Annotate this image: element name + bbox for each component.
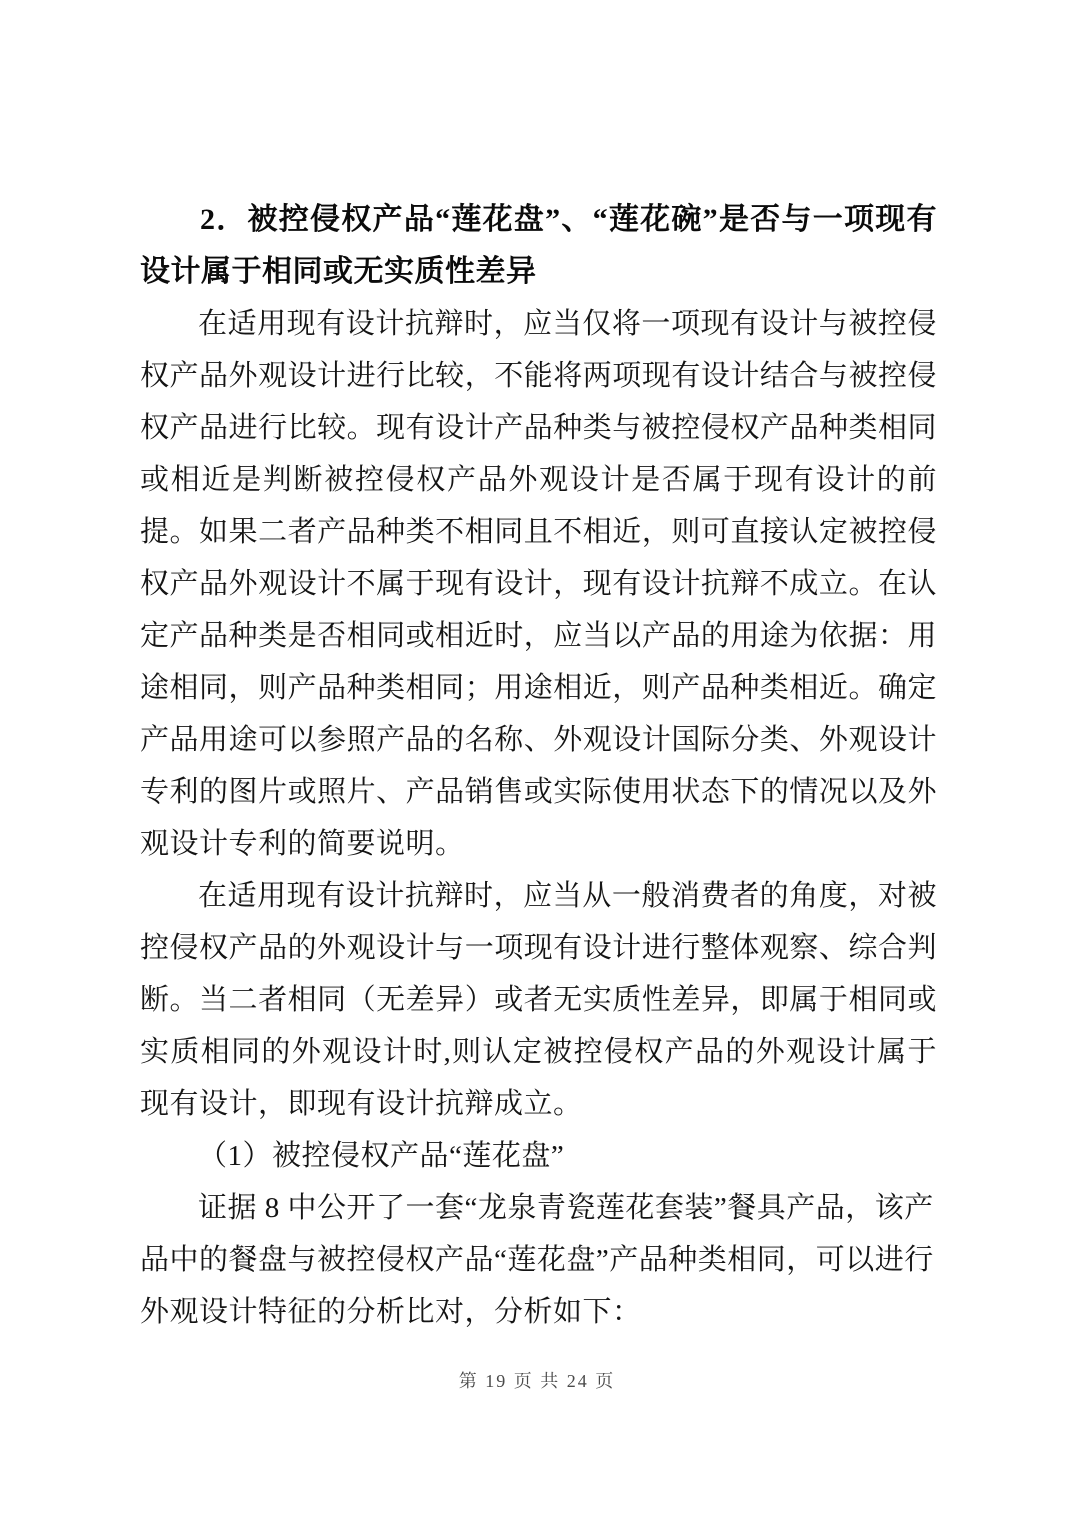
document-page: 2．被控侵权产品“莲花盘”、“莲花碗”是否与一项现有设计属于相同或无实质性差异 … (0, 0, 1074, 1520)
paragraph-consumer-perspective: 在适用现有设计抗辩时，应当从一般消费者的角度，对被控侵权产品的外观设计与一项现有… (140, 870, 937, 1130)
paragraph-prior-design-comparison: 在适用现有设计抗辩时，应当仅将一项现有设计与被控侵权产品外观设计进行比较，不能将… (140, 298, 937, 870)
subsection-heading-lotus-plate: （1）被控侵权产品“莲花盘” (140, 1130, 937, 1182)
paragraph-evidence-8: 证据 8 中公开了一套“龙泉青瓷莲花套装”餐具产品，该产品中的餐盘与被控侵权产品… (140, 1182, 937, 1338)
document-body: 2．被控侵权产品“莲花盘”、“莲花碗”是否与一项现有设计属于相同或无实质性差异 … (140, 194, 937, 1338)
page-number-label: 第 19 页 共 24 页 (459, 1371, 616, 1391)
page-footer: 第 19 页 共 24 页 (0, 1368, 1074, 1394)
section-heading: 2．被控侵权产品“莲花盘”、“莲花碗”是否与一项现有设计属于相同或无实质性差异 (140, 194, 937, 298)
